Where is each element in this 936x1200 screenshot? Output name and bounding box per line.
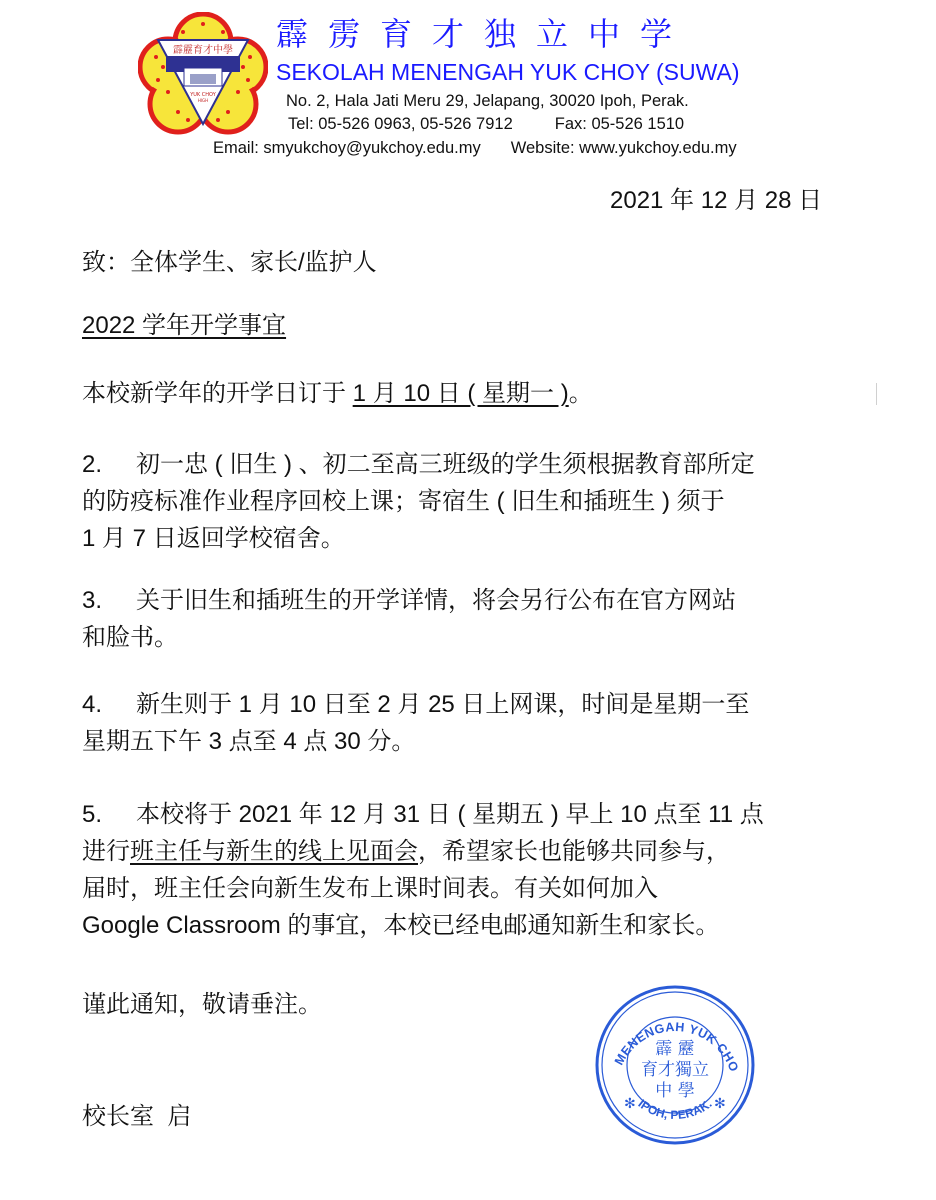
paragraph-number: 3. [82, 582, 136, 619]
school-english-name: SEKOLAH MENENGAH YUK CHOY (SUWA) [276, 58, 740, 86]
paragraph-line: 初一忠 ( 旧生 ) 、初二至高三班级的学生须根据教育部所定 [136, 451, 755, 478]
school-crest-logo: 霹靂育才中學 YUK CHOY HIGH [138, 12, 268, 137]
paragraph-line: Google Classroom 的事宜，本校已经电邮通知新生和家长。 [82, 907, 764, 944]
paragraph-5: 5.本校将于 2021 年 12 月 31 日 ( 星期五 ) 早上 10 点至… [82, 796, 764, 944]
school-start-date: 1 月 10 日 ( 星期一 ) [353, 380, 569, 407]
closing-remark: 谨此通知，敬请垂注。 [82, 986, 322, 1023]
paragraph-line: 1 月 7 日返回学校宿舍。 [82, 520, 755, 557]
svg-text:✻: ✻ [714, 1096, 726, 1112]
paragraph-number: 2. [82, 446, 136, 483]
website-address: Website: www.yukchoy.edu.my [511, 139, 737, 157]
svg-text:霹靂育才中學: 霹靂育才中學 [173, 43, 233, 56]
contact-phone-row: Tel: 05-526 0963, 05-526 7912Fax: 05-526… [288, 113, 684, 135]
svg-text:育才獨立: 育才獨立 [641, 1060, 709, 1080]
school-chinese-name: 霹雳育才独立中学 [276, 14, 692, 54]
salutation: 致：全体学生、家长/监护人 [82, 244, 377, 281]
paragraph-1-end: 。 [569, 380, 593, 407]
paragraph-line: 届时，班主任会向新生发布上课时间表。有关如何加入 [82, 870, 764, 907]
paragraph-line: 进行 [82, 838, 130, 865]
online-meeting-highlight: 班主任与新生的线上见面会 [130, 838, 418, 865]
official-seal: SEKOLAH MENENGAH YUK CHOY (SUWA) IPOH, P… [594, 984, 756, 1146]
paragraph-1: 本校新学年的开学日订于 1 月 10 日 ( 星期一 )。 [82, 375, 593, 412]
paragraph-line: 的防疫标准作业程序回校上课；寄宿生 ( 旧生和插班生 ) 须于 [82, 483, 755, 520]
paragraph-2: 2.初一忠 ( 旧生 ) 、初二至高三班级的学生须根据教育部所定 的防疫标准作业… [82, 446, 755, 557]
paragraph-number: 4. [82, 686, 136, 723]
paragraph-line: 星期五下午 3 点至 4 点 30 分。 [82, 723, 749, 760]
fax-number: Fax: 05-526 1510 [555, 115, 684, 133]
school-address: No. 2, Hala Jati Meru 29, Jelapang, 3002… [286, 90, 689, 112]
svg-text:中 學: 中 學 [655, 1081, 694, 1101]
letter-subject: 2022 学年开学事宜 [82, 307, 286, 344]
paragraph-1-text: 本校新学年的开学日订于 [82, 380, 353, 407]
svg-text:霹 靂: 霹 靂 [655, 1039, 694, 1059]
margin-marker [876, 383, 877, 405]
svg-text:HIGH: HIGH [198, 98, 208, 103]
email-address: Email: smyukchoy@yukchoy.edu.my [213, 139, 481, 157]
paragraph-3: 3.关于旧生和插班生的开学详情，将会另行公布在官方网站 和脸书。 [82, 582, 736, 656]
paragraph-line: 和脸书。 [82, 619, 736, 656]
sign-off: 校长室 启 [82, 1098, 191, 1135]
paragraph-4: 4.新生则于 1 月 10 日至 2 月 25 日上网课，时间是星期一至 星期五… [82, 686, 749, 760]
telephone-numbers: Tel: 05-526 0963, 05-526 7912 [288, 115, 513, 133]
letter-date: 2021 年 12 月 28 日 [610, 184, 822, 218]
paragraph-number: 5. [82, 796, 136, 833]
official-seal-icon: SEKOLAH MENENGAH YUK CHOY (SUWA) IPOH, P… [594, 984, 756, 1146]
paragraph-line: 本校将于 2021 年 12 月 31 日 ( 星期五 ) 早上 10 点至 1… [136, 801, 764, 828]
paragraph-line: 新生则于 1 月 10 日至 2 月 25 日上网课，时间是星期一至 [136, 691, 749, 718]
school-crest-icon: 霹靂育才中學 YUK CHOY HIGH [138, 12, 268, 137]
paragraph-line: 关于旧生和插班生的开学详情，将会另行公布在官方网站 [136, 587, 736, 614]
svg-text:✻: ✻ [624, 1096, 636, 1112]
contact-web-row: Email: smyukchoy@yukchoy.edu.myWebsite: … [213, 137, 737, 159]
paragraph-line: ，希望家长也能够共同参与， [418, 838, 730, 865]
